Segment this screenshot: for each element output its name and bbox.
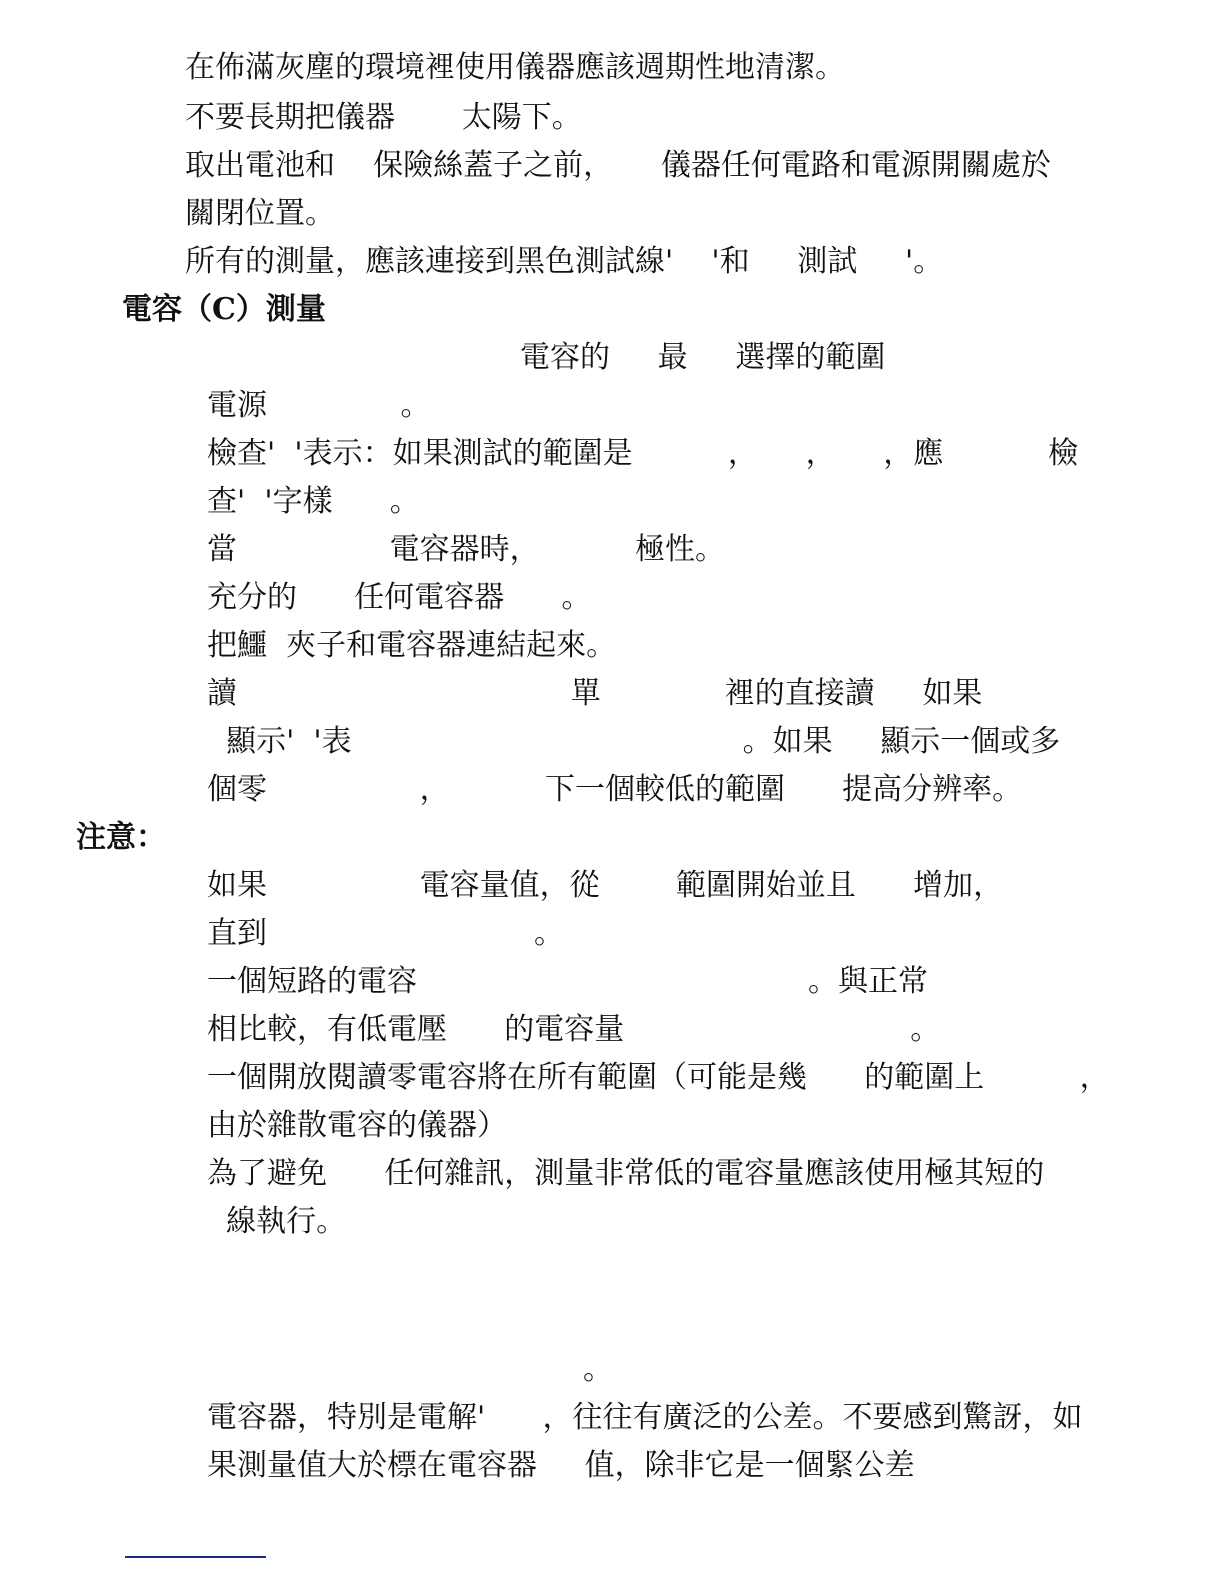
footnote-rule xyxy=(125,1556,266,1558)
note-line-3: 一個短路的電容 。與正常 xyxy=(207,964,928,1000)
note-line-6: 由於雜散電容的儀器） xyxy=(207,1108,507,1144)
note-line-2: 直到 。 xyxy=(207,916,564,952)
tail-line-1: 電容器，特別是電解' ，往往有廣泛的公差。不要感到驚訝，如 xyxy=(207,1400,1082,1436)
intro-line-5: 所有的測量，應該連接到黑色測試線' '和 測試 '。 xyxy=(185,244,943,280)
section-line-10: 個零 ， 下一個較低的範圍 提高分辨率。 xyxy=(207,772,1022,808)
tail-line-2: 果測量值大於標在電容器 值，除非它是一個緊公差 xyxy=(207,1448,915,1484)
intro-line-2: 不要長期把儀器 太陽下。 xyxy=(185,100,582,136)
note-line-5: 一個開放閱讀零電容將在所有範圍（可能是幾 的範圍上 ， xyxy=(207,1060,1110,1096)
section-line-8: 讀 單 裡的直接讀 如果 xyxy=(207,676,982,712)
note-line-7: 為了避免 任何雜訊，測量非常低的電容量應該使用極其短的 xyxy=(207,1156,1044,1192)
section-line-9: 顯示' '表 。如果 顯示一個或多 xyxy=(207,724,1060,760)
intro-line-1: 在佈滿灰塵的環境裡使用儀器應該週期性地清潔。 xyxy=(185,50,845,86)
note-line-8: 線執行。 xyxy=(207,1204,346,1240)
section-line-5: 當 電容器時， 極性。 xyxy=(207,532,725,568)
section-line-1: 電容的 最 選擇的範圍 xyxy=(520,340,885,376)
fragment-period: 。 xyxy=(583,1352,613,1388)
section-line-2: 電源 。 xyxy=(207,388,431,424)
section-heading-capacitance: 電容（C）測量 xyxy=(122,292,326,328)
intro-line-3: 取出電池和 保險絲蓋子之前， 儀器任何電路和電源開關處於 xyxy=(185,148,1051,184)
note-line-4: 相比較，有低電壓 的電容量 。 xyxy=(207,1012,940,1048)
section-line-6: 充分的 任何電容器 。 xyxy=(207,580,591,616)
section-line-4: 查' '字樣 。 xyxy=(207,484,420,520)
section-line-3: 檢查' '表示：如果測試的範圍是 ， ， ，應 檢 xyxy=(207,436,1078,472)
note-line-1: 如果 電容量值，從 範圍開始並且 增加， xyxy=(207,868,1003,904)
intro-line-4: 關閉位置。 xyxy=(185,196,335,232)
section-line-7: 把鱷 夾子和電容器連結起來。 xyxy=(207,628,616,664)
note-heading: 注意： xyxy=(76,820,166,856)
